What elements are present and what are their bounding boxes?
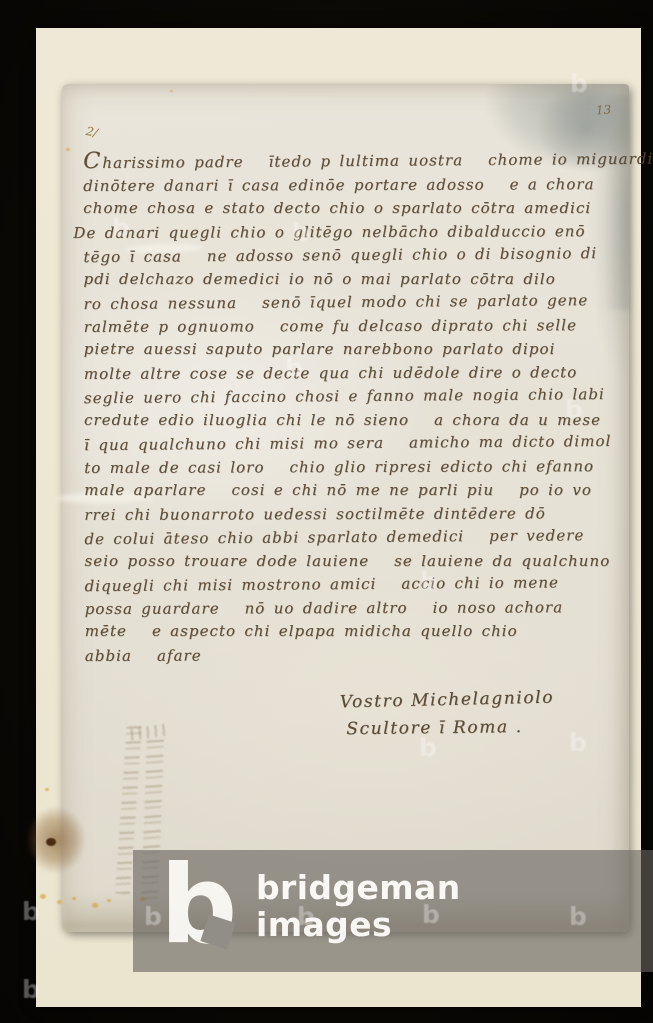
manuscript-line: possa guardare nō uo dadire altro io nos…: [85, 596, 633, 621]
ink-stain: [26, 806, 86, 874]
manuscript-line: pdi delchazo demedici io nō o mai parlat…: [84, 268, 632, 292]
foxing-spot: [45, 788, 49, 791]
b-watermark-icon: b: [570, 71, 588, 96]
manuscript-line: rrei chi buonarroto uedessi soctilmēte d…: [84, 502, 632, 527]
b-watermark-icon: b: [22, 899, 40, 924]
manuscript-line: de colui āteso chio abbi sparlato demedi…: [84, 524, 632, 552]
b-watermark-icon: b: [285, 355, 303, 380]
foxing-spot: [170, 90, 173, 92]
b-watermark-icon: b: [297, 904, 315, 929]
foxing-spot: [92, 903, 98, 908]
folio-mark: 2/: [85, 125, 99, 139]
manuscript-line: ī qua qualchuno chi misi mo sera amicho …: [84, 430, 632, 458]
manuscript-line: De danari quegli chio o glitēgo nelbācho…: [73, 220, 631, 245]
foxing-spot: [107, 899, 111, 902]
signature-line: Scultore ī Roma .: [346, 713, 555, 744]
foxing-spot: [40, 894, 46, 899]
photo-frame: 2/ 13 Charissimo padre ītedo p lultima u…: [0, 0, 653, 1023]
signature-line: Vostro Michelagniolo: [339, 684, 554, 717]
b-watermark-icon: b: [422, 902, 440, 927]
foxing-spot: [66, 148, 70, 151]
signature-block: Vostro Michelagniolo Scultore ī Roma .: [339, 684, 555, 745]
manuscript-line: seglie uero chi faccino chosi e fanno ma…: [84, 383, 632, 411]
manuscript-line: ralmēte p ognuomo come fu delcaso diprat…: [84, 314, 632, 339]
b-watermark-icon: b: [569, 904, 587, 929]
foxing-spot: [72, 897, 76, 900]
b-watermark-icon: b: [112, 215, 130, 240]
manuscript-line: pietre auessi saputo parlare narebbono p…: [84, 338, 632, 361]
b-watermark-icon: b: [419, 735, 437, 760]
manuscript-line: to male de casi loro chio glio ripresi e…: [84, 455, 632, 480]
b-watermark-icon: b: [292, 220, 310, 245]
manuscript-line: diquegli chi misi mostrono amici accio c…: [85, 571, 633, 599]
manuscript-line: dinōtere danari ī casa edinōe portare ad…: [83, 173, 631, 198]
manuscript-line: molte altre cose se decte qua chi udēdol…: [84, 361, 632, 386]
b-watermark-icon: b: [144, 904, 162, 929]
b-watermark-icon: b: [569, 730, 587, 755]
manuscript-text: Charissimo padre ītedo p lultima uostra …: [83, 147, 633, 668]
bridgeman-logo-icon: b: [160, 852, 240, 962]
manuscript-line: tēgo ī casa ne adosso senō quegli chio o…: [83, 242, 631, 270]
manuscript-line: ro chosa nessuna senō īquel modo chi se …: [84, 289, 632, 317]
foxing-spot: [57, 900, 62, 904]
b-watermark-icon: b: [565, 397, 583, 422]
ink-stain-core: [46, 838, 56, 846]
manuscript-line: male aparlare cosi e chi nō me ne parli …: [84, 479, 632, 503]
page-number: 13: [596, 103, 612, 116]
manuscript-line: seio posso trouare dode lauiene se lauie…: [85, 549, 633, 573]
b-watermark-icon: b: [22, 977, 40, 1002]
manuscript-line: chome chosa e stato decto chio o sparlat…: [83, 197, 631, 221]
manuscript-line: Charissimo padre ītedo p lultima uostra …: [83, 146, 631, 176]
manuscript-line: abbia afare: [85, 643, 633, 668]
manuscript-line: mēte e aspecto chi elpapa midicha quello…: [85, 620, 633, 644]
manuscript-line: credute edio iluoglia chi le nō sieno a …: [84, 408, 632, 431]
b-watermark-icon: b: [420, 569, 438, 594]
